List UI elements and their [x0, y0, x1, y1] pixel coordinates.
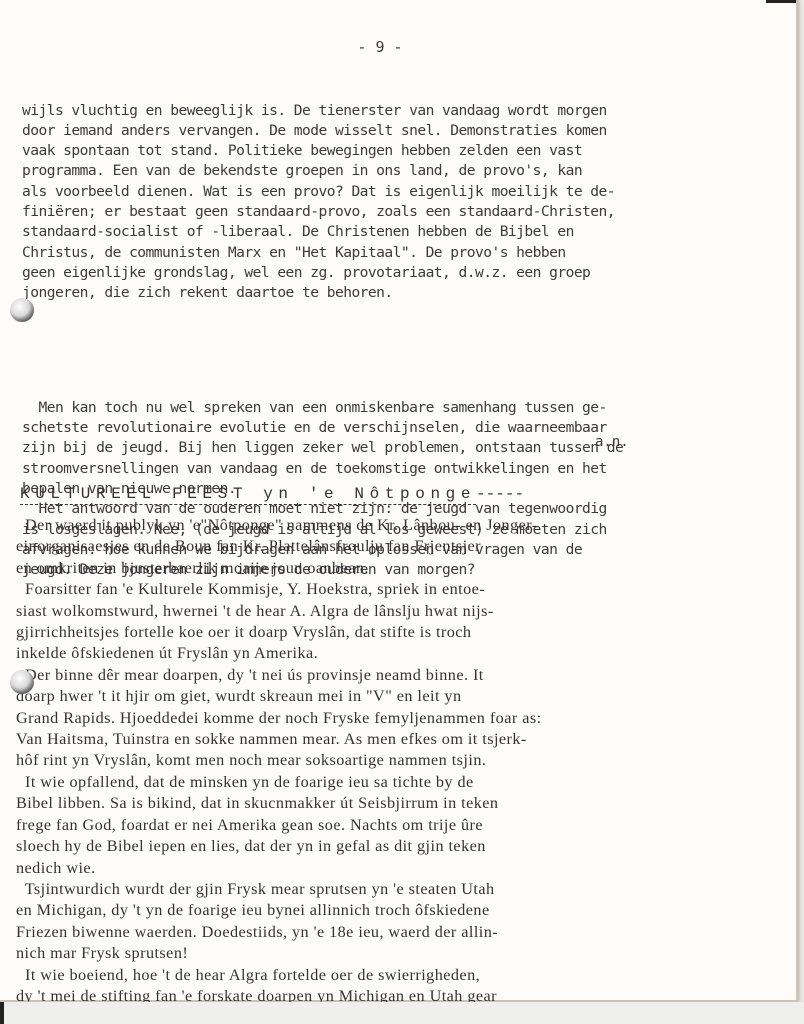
text-line: nedich wie. — [16, 858, 786, 879]
heading-title: KULTUREEL FEEST yn 'e Nôtponge — [20, 485, 476, 505]
text-line: schetste revolutionaire evolutie en de v… — [22, 418, 782, 438]
text-line: sloech hy de Bibel iepen en lies, dat de… — [16, 836, 786, 857]
punch-hole — [10, 298, 34, 322]
text-line: Friezen biwenne waerden. Doedestiids, yn… — [16, 922, 786, 943]
text-line: Grand Rapids. Hjoeddedei komme der noch … — [16, 708, 786, 729]
page-number: - 9 - — [0, 38, 760, 56]
text-line: en Michigan, dy 't yn de foarige ieu byn… — [16, 900, 786, 921]
text-line: einorganisaesjes en de Boun fan Kr. Plat… — [16, 536, 786, 557]
punch-hole — [10, 670, 34, 694]
scanner-background — [0, 1002, 804, 1024]
article-heading: KULTUREEL FEEST yn 'e Nôtponge----- — [20, 485, 524, 503]
text-line: Van Haitsma, Tuinstra en sokke nammen me… — [16, 729, 786, 750]
text-line: Christus, de communisten Marx en "Het Ka… — [22, 243, 782, 263]
text-line: zijn bij de jeugd. Bij hen liggen zeker … — [22, 438, 782, 458]
text-line: jongeren, die zich rekent daartoe te beh… — [22, 283, 782, 303]
document-page: - 9 - wijls vluchtig en beweeglijk is. D… — [0, 0, 799, 1002]
text-line: Tsjintwurdich wurdt der gjin Frysk mear … — [16, 879, 786, 900]
text-line: nich mar Frysk sprutsen! — [16, 943, 786, 964]
text-line: Der waerd it publyk yn 'e"Nôtponge" namm… — [16, 515, 786, 536]
text-line: als voorbeeld dienen. Wat is een provo? … — [22, 182, 782, 202]
text-line: standaard-socialist of -liberaal. De Chr… — [22, 222, 782, 242]
text-line: hôf rint yn Vryslân, komt men noch mear … — [16, 750, 786, 771]
page-edge — [766, 0, 796, 3]
text-line: siast wolkomstwurd, hwernei 't de hear A… — [16, 601, 786, 622]
text-line: finiëren; er bestaat geen standaard-prov… — [22, 202, 782, 222]
text-line: Bibel libben. Sa is bikind, dat in skucn… — [16, 793, 786, 814]
text-line: inkelde ôfskiedenen út Fryslân yn Amerik… — [16, 643, 786, 664]
text-line: stroomversnellingen van vandaag en de to… — [22, 459, 782, 479]
text-line: Der binne dêr mear doarpen, dy 't nei ús… — [16, 665, 786, 686]
text-line: geen eigenlijke grondslag, wel een zg. p… — [22, 263, 782, 283]
text-line: doarp hwer 't it hjir om giet, wurdt skr… — [16, 686, 786, 707]
text-line: frege fan God, foardat er nei Amerika ge… — [16, 815, 786, 836]
text-line: It wie boeiend, hoe 't de hear Algra for… — [16, 965, 786, 986]
text-line: en omkriten in bjusterbaerlik moaije jou… — [16, 558, 786, 579]
text-line: vaak spontaan tot stand. Politieke beweg… — [22, 141, 782, 161]
article-kultureel-feest-text: Der waerd it publyk yn 'e"Nôtponge" namm… — [16, 515, 786, 1007]
text-line: wijls vluchtig en beweeglijk is. De tien… — [22, 101, 782, 121]
author-signature: a.n. — [595, 434, 629, 450]
text-line: Foarsitter fan 'e Kulturele Kommisje, Y.… — [16, 579, 786, 600]
text-line: door iemand anders vervangen. De mode wi… — [22, 121, 782, 141]
text-line: programma. Een van de bekendste groepen … — [22, 161, 782, 181]
text-line: It wie opfallend, dat de minsken yn de f… — [16, 772, 786, 793]
text-line: Men kan toch nu wel spreken van een onmi… — [22, 398, 782, 418]
heading-dashes: ----- — [476, 485, 524, 503]
paragraph-1: wijls vluchtig en beweeglijk is. De tien… — [22, 101, 782, 304]
text-line: gjirrichheitsjes fortelle koe oer it doa… — [16, 622, 786, 643]
